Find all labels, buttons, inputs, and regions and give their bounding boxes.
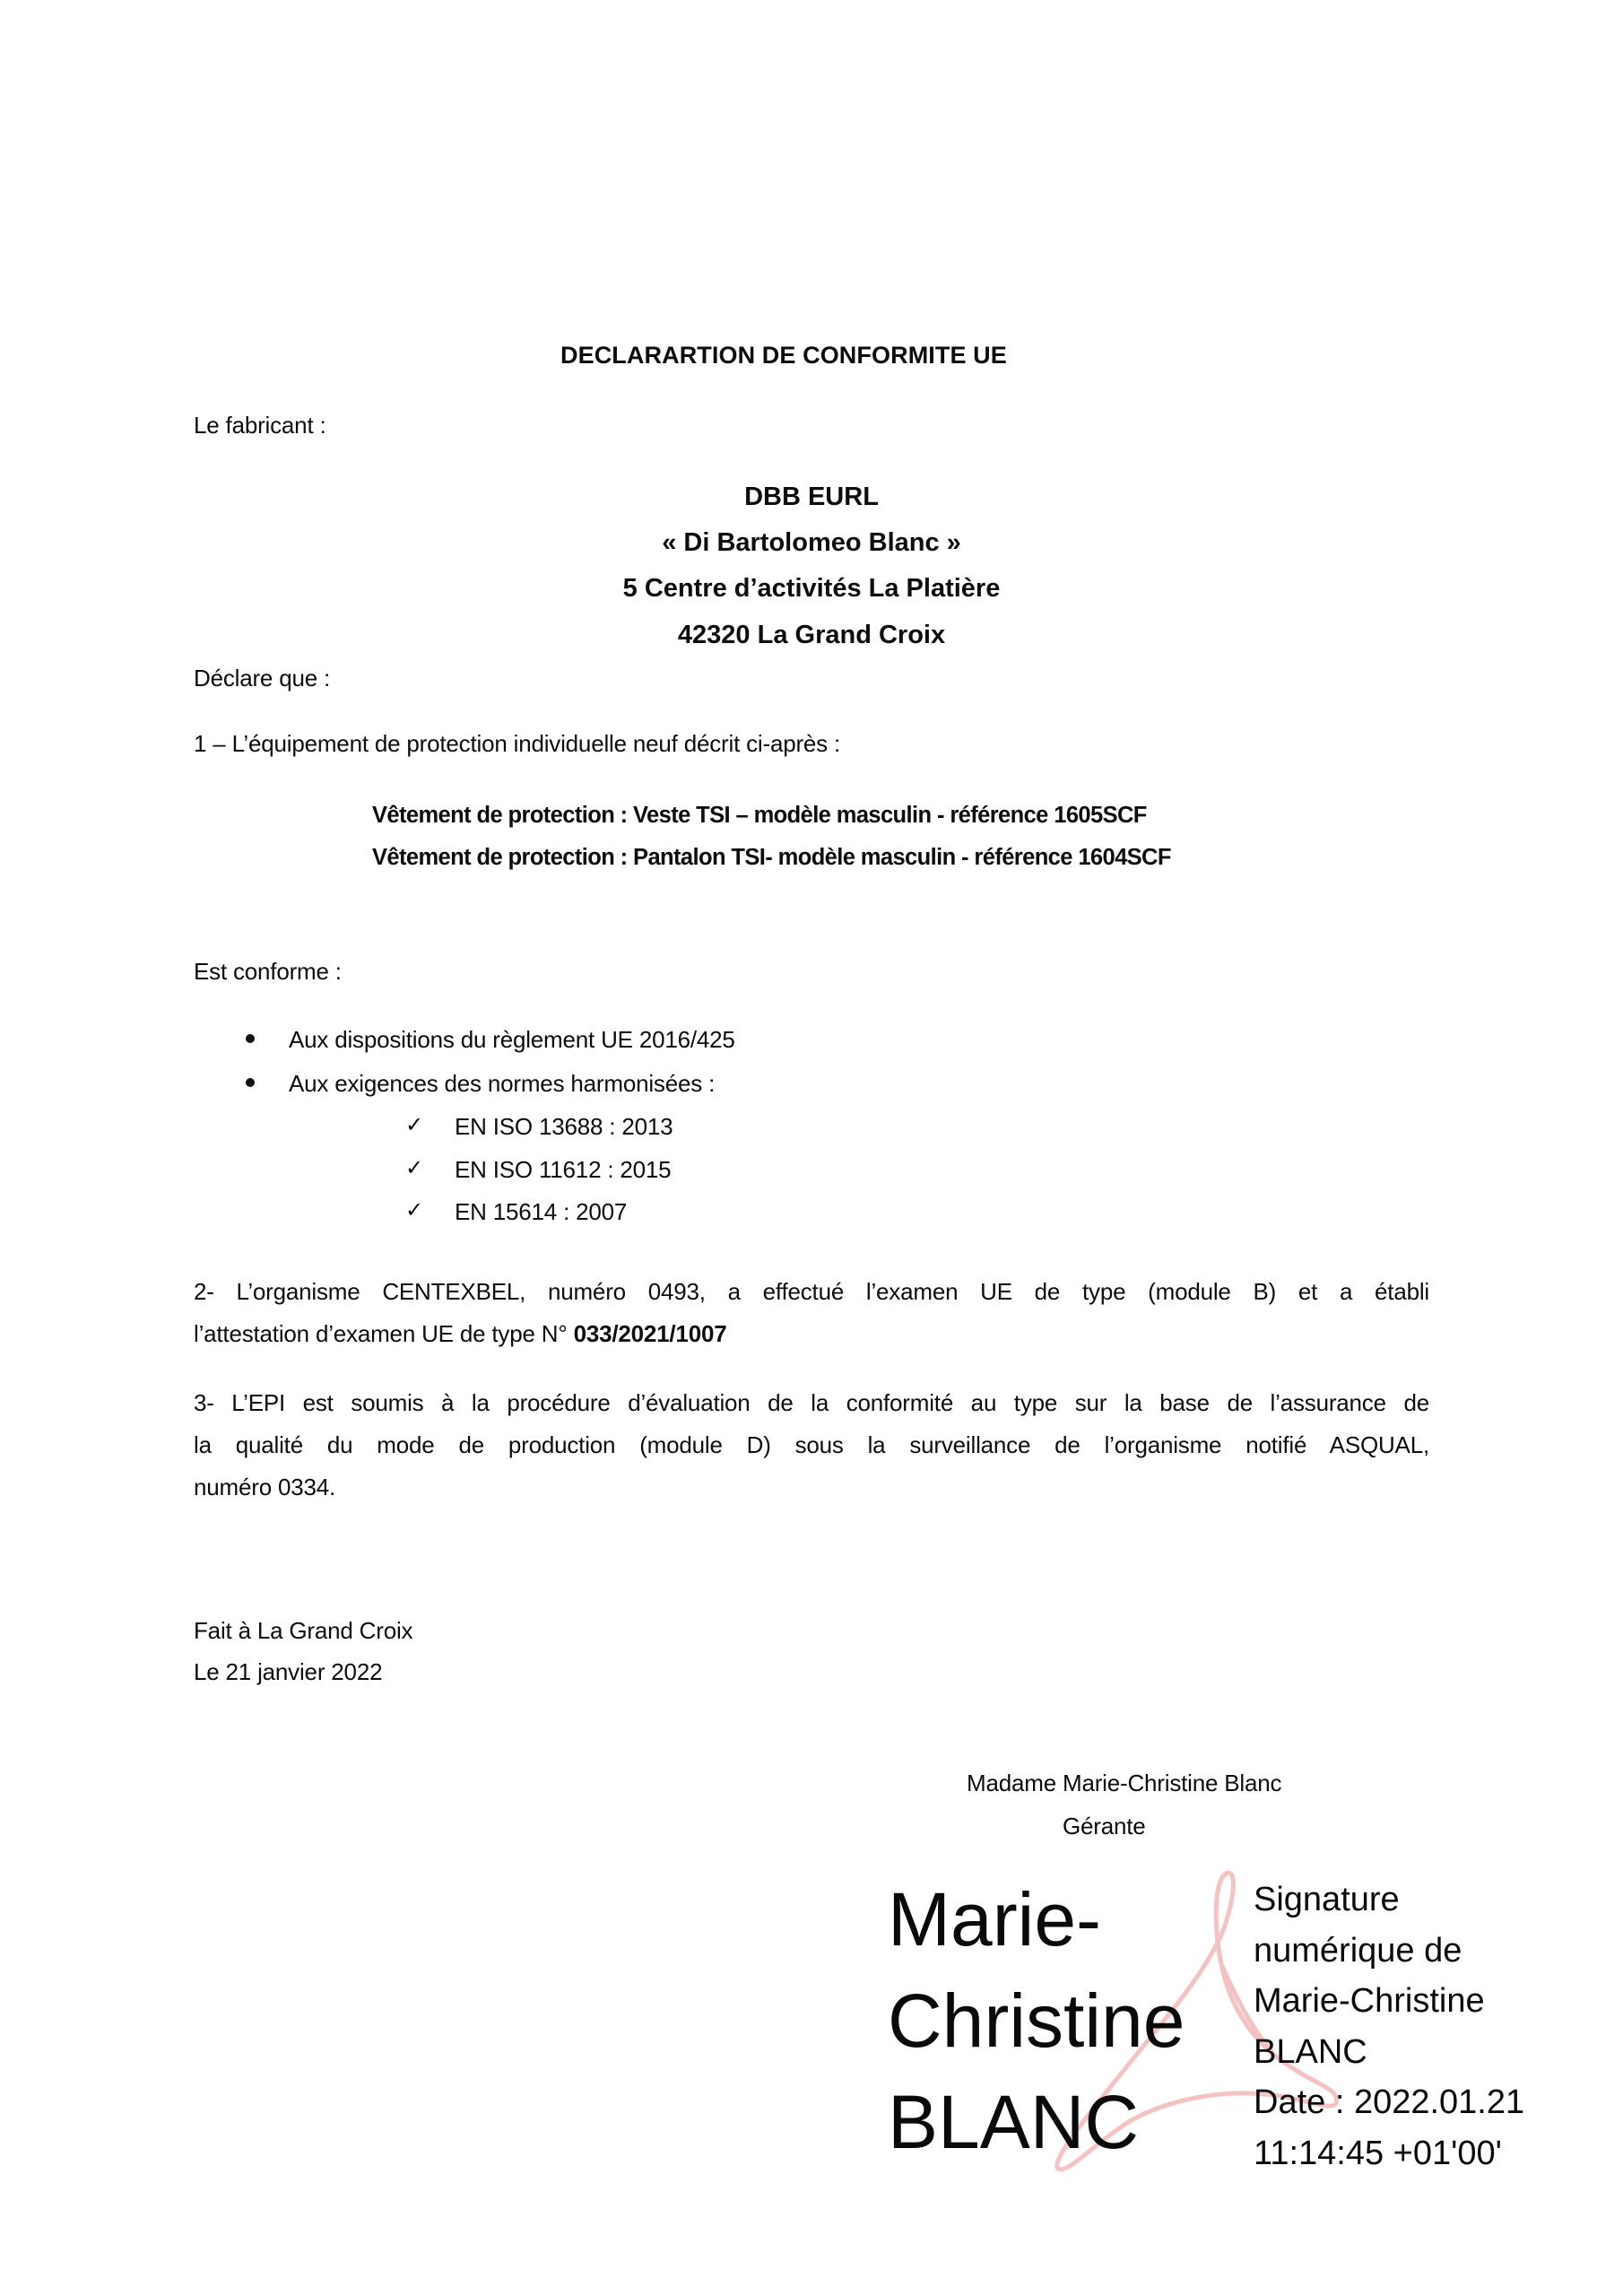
manufacturer-name: DBB EURL	[0, 484, 1623, 510]
section3-paragraph: 3- L’EPI est soumis à la procédure d’éva…	[194, 1382, 1429, 1509]
signature-name-line: BLANC	[888, 2072, 1185, 2173]
signature-date: Date : 2022.01.21	[1254, 2077, 1524, 2128]
document-title: DECLARARTION DE CONFORMITE UE	[560, 344, 1007, 368]
section2-line2-text: l’attestation d’examen UE de type N°	[194, 1320, 574, 1347]
signature-detail-line: numérique de	[1254, 1926, 1524, 1977]
section2-paragraph: 2- L’organisme CENTEXBEL, numéro 0493, a…	[194, 1271, 1429, 1355]
conforms-label: Est conforme :	[194, 960, 342, 983]
checkmark-icon: ✓	[405, 1157, 423, 1178]
signatory-name: Madame Marie-Christine Blanc	[967, 1771, 1281, 1795]
conformity-item: Aux dispositions du règlement UE 2016/42…	[289, 1028, 735, 1051]
section1-intro: 1 – L’équipement de protection individue…	[194, 732, 840, 755]
standard-item: EN ISO 13688 : 2013	[455, 1115, 673, 1138]
date: Le 21 janvier 2022	[194, 1660, 382, 1683]
bullet-icon	[246, 1078, 255, 1087]
section3-line3: numéro 0334.	[194, 1466, 1429, 1509]
section3-line2: la qualité du mode de production (module…	[194, 1424, 1429, 1466]
signature-name-line: Marie-	[888, 1869, 1185, 1970]
signature-details: Signature numérique de Marie-Christine B…	[1254, 1874, 1524, 2179]
standard-item: EN 15614 : 2007	[455, 1200, 627, 1223]
conformity-item: Aux exigences des normes harmonisées :	[289, 1072, 715, 1095]
section3-line1: 3- L’EPI est soumis à la procédure d’éva…	[194, 1382, 1429, 1424]
signature-time: 11:14:45 +01'00'	[1254, 2128, 1524, 2179]
standard-item: EN ISO 11612 : 2015	[455, 1158, 671, 1181]
manufacturer-trade-name: « Di Bartolomeo Blanc »	[0, 530, 1623, 556]
manufacturer-address: 5 Centre d’activités La Platière	[0, 576, 1623, 602]
declares-label: Déclare que :	[194, 666, 330, 690]
certificate-number: 033/2021/1007	[574, 1320, 727, 1347]
checkmark-icon: ✓	[405, 1199, 423, 1221]
checkmark-icon: ✓	[405, 1114, 423, 1135]
place: Fait à La Grand Croix	[194, 1619, 412, 1642]
manufacturer-city: 42320 La Grand Croix	[0, 622, 1623, 648]
signature-detail-line: Marie-Christine	[1254, 1976, 1524, 2027]
signature-detail-line: Signature	[1254, 1874, 1524, 1926]
signature-name-line: Christine	[888, 1970, 1185, 2072]
section2-line2: l’attestation d’examen UE de type N° 033…	[194, 1313, 1429, 1355]
product-item: Vêtement de protection : Pantalon TSI- m…	[372, 847, 1171, 870]
section2-line1: 2- L’organisme CENTEXBEL, numéro 0493, a…	[194, 1271, 1429, 1313]
signatory-role: Gérante	[1063, 1814, 1146, 1838]
product-item: Vêtement de protection : Veste TSI – mod…	[372, 804, 1147, 828]
signature-detail-line: BLANC	[1254, 2027, 1524, 2078]
manufacturer-label: Le fabricant :	[194, 413, 326, 437]
signature-name: Marie- Christine BLANC	[888, 1869, 1185, 2173]
bullet-icon	[246, 1034, 255, 1043]
